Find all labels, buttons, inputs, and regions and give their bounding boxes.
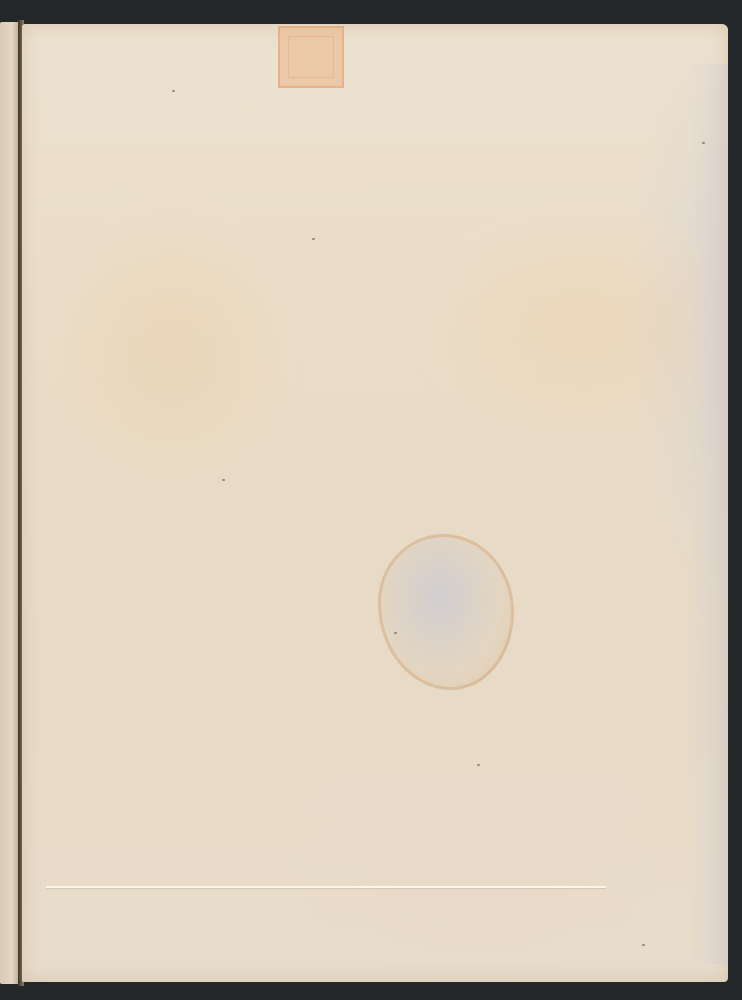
fold-crease [46,886,606,888]
scanned-page-view [0,0,742,1000]
water-stain [378,534,514,690]
paper-speck [312,238,315,240]
paper-speck [702,142,705,144]
paper-speck [642,944,645,946]
page-edge-discoloration [688,64,728,964]
seal-stamp-icon [278,26,344,88]
paper-speck [394,632,397,634]
previous-page-edge [0,22,20,984]
paper-speck [172,90,175,92]
blank-book-page [22,24,728,982]
paper-speck [477,764,480,766]
paper-speck [222,479,225,481]
